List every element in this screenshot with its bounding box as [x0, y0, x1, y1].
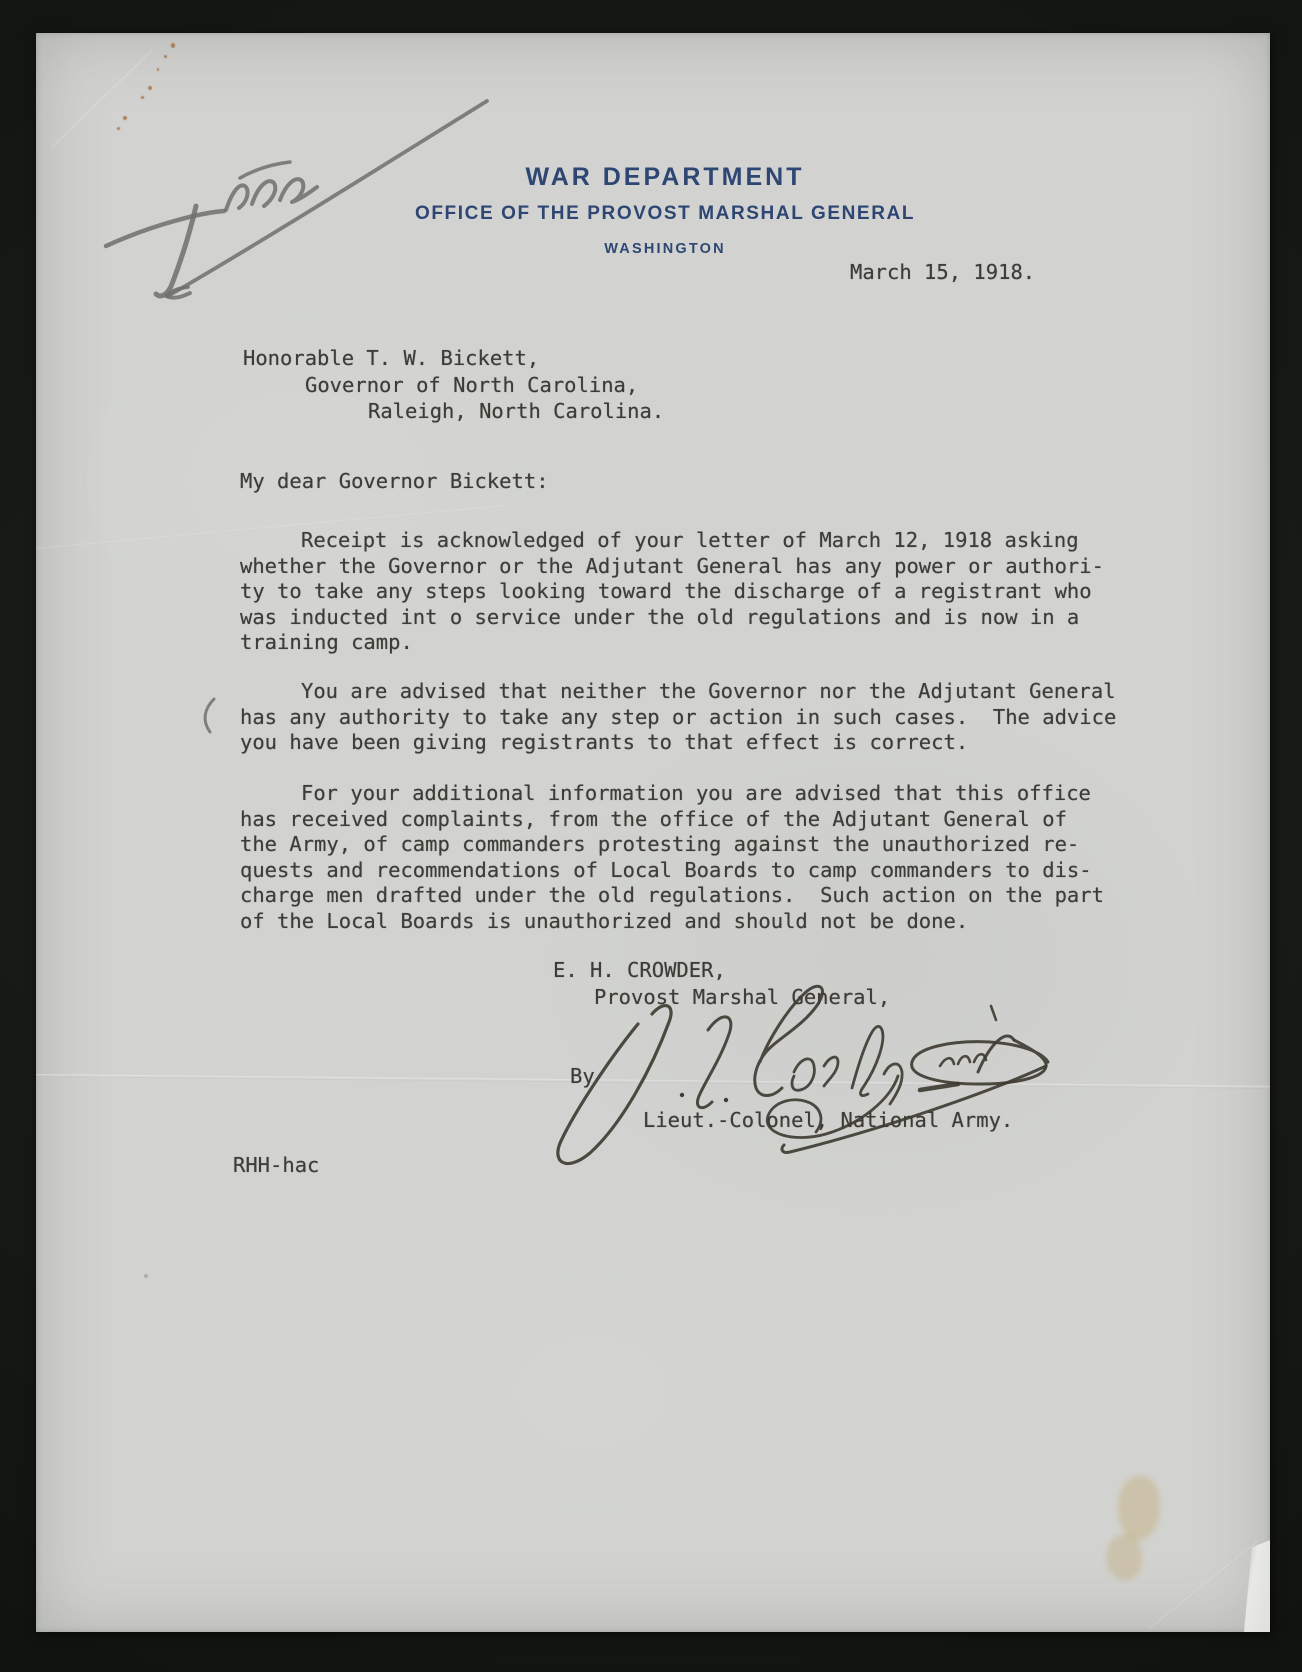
body-line: was inducted int o service under the old…: [240, 605, 1104, 631]
body-line: You are advised that neither the Governo…: [240, 679, 1116, 705]
signature-typed-name: E. H. CROWDER,: [553, 958, 726, 984]
letterhead-city: WASHINGTON: [365, 241, 965, 257]
letterhead-office: OFFICE OF THE PROVOST MARSHAL GENERAL: [365, 203, 965, 225]
date-line: March 15, 1918.: [850, 260, 1035, 286]
typist-initials: RHH-hac: [233, 1153, 319, 1179]
body-paragraph-1: Receipt is acknowledged of your letter o…: [240, 528, 1104, 656]
body-line: Receipt is acknowledged of your letter o…: [240, 528, 1104, 554]
signature-typed-title: Provost Marshal General,: [594, 985, 890, 1011]
body-line: has any authority to take any step or ac…: [240, 705, 1116, 731]
recipient-name: Honorable T. W. Bickett,: [243, 346, 539, 372]
body-line: training camp.: [240, 630, 1104, 656]
letterhead-department: WAR DEPARTMENT: [365, 163, 965, 192]
body-line: the Army, of camp commanders protesting …: [240, 832, 1104, 858]
scan-background: WAR DEPARTMENT OFFICE OF THE PROVOST MAR…: [0, 0, 1302, 1672]
recipient-title: Governor of North Carolina,: [305, 373, 638, 399]
body-line: has received complaints, from the office…: [240, 807, 1104, 833]
body-line: whether the Governor or the Adjutant Gen…: [240, 554, 1104, 580]
recipient-city: Raleigh, North Carolina.: [368, 399, 664, 425]
body-line: you have been giving registrants to that…: [240, 730, 1116, 756]
body-line: For your additional information you are …: [240, 781, 1104, 807]
body-paragraph-2: You are advised that neither the Governo…: [240, 679, 1116, 756]
body-line: of the Local Boards is unauthorized and …: [240, 909, 1104, 935]
body-line: ty to take any steps looking toward the …: [240, 579, 1104, 605]
body-line: quests and recommendations of Local Boar…: [240, 858, 1104, 884]
body-paragraph-3: For your additional information you are …: [240, 781, 1104, 934]
salutation: My dear Governor Bickett:: [240, 469, 549, 495]
signer-rank: Lieut.-Colonel, National Army.: [643, 1108, 1013, 1134]
body-line: charge men drafted under the old regulat…: [240, 883, 1104, 909]
by-label: By: [570, 1064, 595, 1090]
